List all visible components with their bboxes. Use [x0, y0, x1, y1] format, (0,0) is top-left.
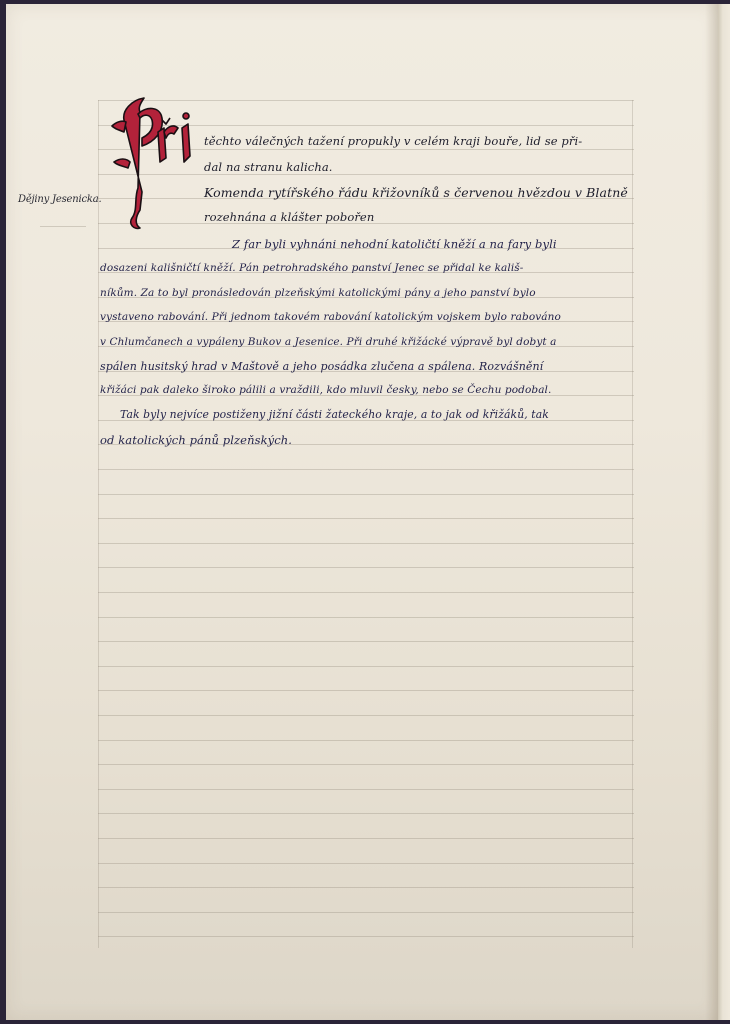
text-line: spálen husitský hrad v Maštově a jeho po…	[100, 360, 543, 373]
ruled-line	[98, 863, 634, 864]
ruled-line	[98, 912, 634, 913]
text-line: dosazeni kališničtí kněží. Pán petrohrad…	[100, 262, 523, 274]
ruled-line	[98, 887, 634, 888]
ruled-line	[98, 813, 634, 814]
ruled-line	[98, 764, 634, 765]
decorative-initial-pri	[104, 92, 194, 232]
book-spine	[718, 4, 730, 1020]
text-line: od katolických pánů plzeňských.	[100, 433, 292, 447]
left-margin-line	[98, 100, 99, 948]
text-line: Tak byly nejvíce postiženy jižní části ž…	[120, 408, 549, 421]
margin-note-rule	[40, 226, 86, 227]
ruled-line	[98, 543, 634, 544]
ruled-line	[98, 690, 634, 691]
text-line: v Chlumčanech a vypáleny Bukov a Jesenic…	[100, 336, 556, 348]
spine-shadow	[705, 4, 718, 1020]
ruled-line	[98, 567, 634, 568]
text-line: níkům. Za to byl pronásledován plzeňským…	[100, 287, 536, 299]
text-line: Komenda rytířského řádu křižovníků s čer…	[204, 185, 628, 200]
text-line: dal na stranu kalicha.	[204, 160, 333, 174]
text-line: vystaveno rabování. Při jednom takovém r…	[100, 311, 561, 323]
ruled-line	[98, 789, 634, 790]
ruled-line	[98, 936, 634, 937]
text-line: těchto válečných tažení propukly v celém…	[204, 134, 582, 148]
ruled-line	[98, 617, 634, 618]
ruled-line	[98, 518, 634, 519]
ruled-line	[98, 469, 634, 470]
ruled-line	[98, 838, 634, 839]
margin-note: Dějiny Jesenicka.	[18, 194, 102, 205]
text-line: rozehnána a klášter pobořen	[204, 210, 374, 224]
right-margin-line	[632, 100, 633, 948]
ruled-line	[98, 641, 634, 642]
ruled-line	[98, 740, 634, 741]
text-line: Z far byli vyhnáni nehodní katoličtí kně…	[232, 237, 557, 251]
ruled-line	[98, 666, 634, 667]
ruled-line	[98, 494, 634, 495]
text-line: křižáci pak daleko široko pálili a vražd…	[100, 384, 551, 396]
ruled-line	[98, 592, 634, 593]
ruled-line	[98, 715, 634, 716]
